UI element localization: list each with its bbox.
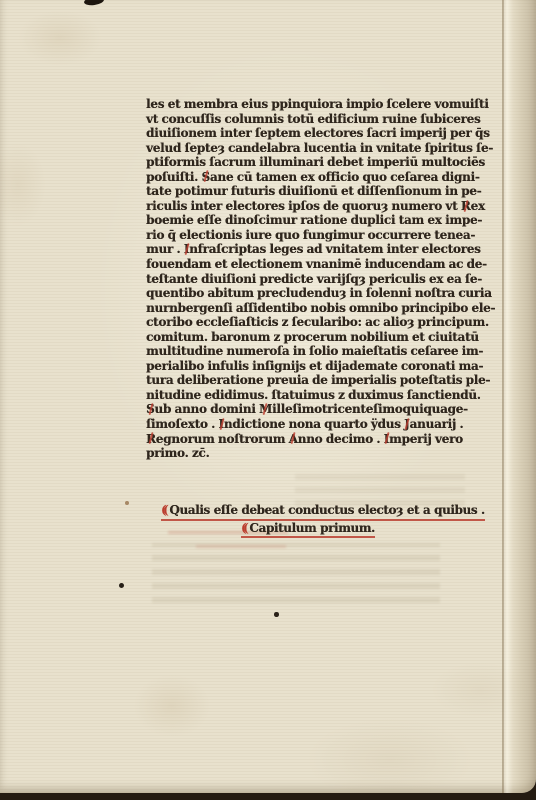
- text-line: nitudine edidimus. ſtatuimus z duximus ſ…: [146, 388, 490, 403]
- ink-dot: [119, 583, 124, 588]
- rubricated-capital: J: [404, 417, 409, 431]
- rubricated-capital: R: [146, 432, 156, 446]
- book-photo: les et membra eius ppinquiora impio ſcel…: [0, 0, 536, 800]
- rubricated-capital: S: [201, 170, 209, 184]
- page-fold-edge: [502, 0, 536, 793]
- text-line: poſuiſti. Sane cū tamen ex officio quo c…: [146, 170, 490, 185]
- text-line: mur . Infraſcriptas leges ad vnitatem in…: [146, 242, 490, 257]
- stain-speck: [125, 501, 129, 505]
- rubricated-capital: I: [384, 432, 389, 446]
- text-line: perialibo infulis inſignijs et dijademat…: [146, 359, 490, 374]
- text-line: nurnbergenſi aſſidentibo nobis omnibo pr…: [146, 301, 490, 316]
- paragraph-mark-icon: ((: [161, 503, 165, 517]
- text-line: Regnorum noſtrorum Anno decimo . Imperij…: [146, 432, 490, 447]
- main-text-block: les et membra eius ppinquiora impio ſcel…: [146, 97, 490, 461]
- text-line: boemie eſſe dinoſcimur ratione duplici t…: [146, 213, 490, 228]
- rubricated-capital: I: [184, 242, 189, 256]
- verso-showthrough: [295, 468, 465, 506]
- text-line: rio q̄ electionis iure quo fungimur occu…: [146, 228, 490, 243]
- rubricated-capital: A: [289, 432, 298, 446]
- text-line: tate potimur futuris diuiſionū et diſſen…: [146, 184, 490, 199]
- rubricated-capital: R: [461, 199, 471, 213]
- ink-dot: [274, 612, 279, 617]
- rubric-text: Capitulum primum.: [249, 521, 374, 535]
- paragraph-mark-icon: ((: [241, 521, 245, 535]
- rubric-text: Qualis eſſe debeat conductus electoȝ et …: [169, 503, 484, 517]
- rubric-line: ((Qualis eſſe debeat conductus electoȝ e…: [161, 503, 485, 521]
- text-line: fouendam et electionem vnanimē inducenda…: [146, 257, 490, 272]
- ink-blot: [84, 0, 105, 6]
- text-line: comitum. baronum z procerum nobilium et …: [146, 330, 490, 345]
- parchment-page: les et membra eius ppinquiora impio ſcel…: [0, 0, 536, 793]
- text-line: vt concuſſis columnis totū edificium rui…: [146, 112, 490, 127]
- text-line: ptiformis ſacrum illuminari debet imperi…: [146, 155, 490, 170]
- text-line: primo. zc̄.: [146, 446, 490, 461]
- rubricated-capital: S: [146, 402, 154, 416]
- text-line: diuiſionem inter ſeptem electores ſacri …: [146, 126, 490, 141]
- text-line: riculis inter electores ipſos de quoruȝ …: [146, 199, 490, 214]
- text-line: quentibo abitum precludenduȝ in ſolenni …: [146, 286, 490, 301]
- rubricated-capital: M: [259, 402, 272, 416]
- rubric-line: ((Capitulum primum.: [241, 521, 375, 539]
- text-line: les et membra eius ppinquiora impio ſcel…: [146, 97, 490, 112]
- text-line: ctoribo eccleſiaſticis z ſecularibo: ac …: [146, 315, 490, 330]
- text-line: teſtante diuiſioni predicte varijſqȝ per…: [146, 272, 490, 287]
- text-line: tura deliberatione preuia de imperialis …: [146, 373, 490, 388]
- rubricated-capital: I: [218, 417, 223, 431]
- text-line: ſimoſexto . Indictione nona quarto ÿdus …: [146, 417, 490, 432]
- verso-showthrough: [152, 543, 440, 603]
- chapter-rubric: ((Qualis eſſe debeat conductus electoȝ e…: [146, 503, 516, 538]
- text-line: multitudine numeroſa in ſolio maieſtatis…: [146, 344, 490, 359]
- text-line: velud ſepteȝ candelabra lucentia in vnit…: [146, 141, 490, 156]
- text-line: Sub anno domini Milleſimotricenteſimoqui…: [146, 402, 490, 417]
